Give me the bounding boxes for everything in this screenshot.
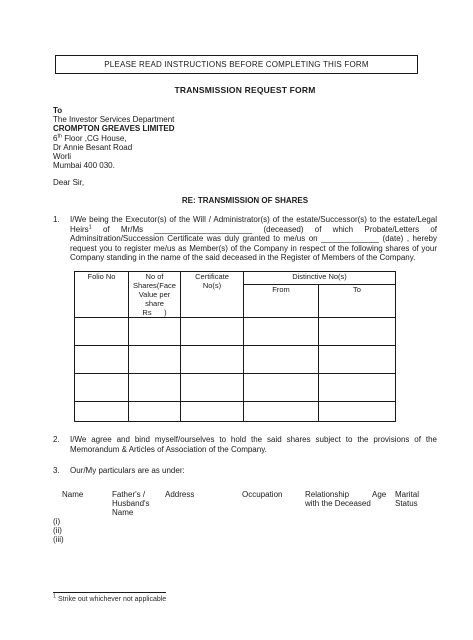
particulars-col-age: Age — [372, 490, 395, 518]
shares-table-empty-row — [75, 374, 396, 402]
shares-col-to-header: To — [319, 284, 396, 317]
item-1: 1. I/We being the Executor(s) of the Wil… — [53, 215, 437, 262]
shares-col-certificate-header: Certificate No(s) — [181, 272, 244, 318]
document-content: PLEASE READ INSTRUCTIONS BEFORE COMPLETI… — [53, 55, 437, 545]
recipient-line-floor: 6th Floor ,CG House, — [53, 134, 437, 143]
particulars-col-father: Father's / Husband's Name — [112, 490, 165, 518]
item-3-text: Our/My particulars are as under: — [70, 466, 437, 475]
empty-cell — [244, 346, 319, 374]
particulars-col-relationship: Relationship with the Deceased — [305, 490, 372, 518]
particulars-col-name: Name — [62, 490, 112, 518]
salutation: Dear Sir, — [53, 178, 437, 187]
shares-col-shares-header: No of Shares(Face Value per share Rs ) — [129, 272, 181, 318]
form-title: TRANSMISSION REQUEST FORM — [53, 85, 437, 95]
item-1-number: 1. — [53, 215, 70, 262]
empty-cell — [75, 402, 129, 422]
instructions-notice-box: PLEASE READ INSTRUCTIONS BEFORE COMPLETI… — [55, 55, 418, 74]
item-3: 3. Our/My particulars are as under: — [53, 466, 437, 475]
empty-cell — [75, 346, 129, 374]
item-1-text: I/We being the Executor(s) of the Will /… — [70, 215, 437, 262]
shares-col-distinctive-header: Distinctive No(s) — [244, 272, 396, 285]
empty-cell — [319, 318, 396, 346]
empty-cell — [244, 374, 319, 402]
shares-col-folio-header: Folio No — [75, 272, 129, 318]
item-2-number: 2. — [53, 435, 70, 454]
empty-cell — [129, 374, 181, 402]
shares-col-from-header: From — [244, 284, 319, 317]
empty-cell — [181, 318, 244, 346]
particulars-col-occupation: Occupation — [242, 490, 305, 518]
particulars-header-row: Name Father's / Husband's Name Address O… — [53, 490, 437, 518]
empty-cell — [181, 402, 244, 422]
to-label: To — [53, 106, 437, 115]
particulars-col-marital: Marital Status — [395, 490, 437, 518]
footnote: 1 Strike out whichever not applicable — [53, 592, 353, 603]
recipient-line-company: CROMPTON GREAVES LIMITED — [53, 124, 437, 133]
empty-cell — [129, 346, 181, 374]
item-3-number: 3. — [53, 466, 70, 475]
shares-table: Folio No No of Shares(Face Value per sha… — [74, 271, 396, 422]
footnote-text: 1 Strike out whichever not applicable — [53, 596, 353, 603]
empty-cell — [319, 402, 396, 422]
recipient-address-block: To The Investor Services Department CROM… — [53, 106, 437, 170]
empty-cell — [181, 374, 244, 402]
footnote-separator-rule — [53, 592, 166, 593]
shares-table-empty-row — [75, 402, 396, 422]
empty-cell — [244, 402, 319, 422]
empty-cell — [129, 402, 181, 422]
footnote-text-body: Strike out whichever not applicable — [56, 596, 166, 603]
recipient-line-road: Dr Annie Besant Road — [53, 143, 437, 152]
particulars-col-address: Address — [165, 490, 242, 518]
recipient-line-city: Mumbai 400 030. — [53, 161, 437, 170]
empty-cell — [319, 374, 396, 402]
empty-cell — [75, 318, 129, 346]
shares-table-empty-row — [75, 346, 396, 374]
empty-cell — [129, 318, 181, 346]
shares-table-header-row: Folio No No of Shares(Face Value per sha… — [75, 272, 396, 285]
instructions-notice-text: PLEASE READ INSTRUCTIONS BEFORE COMPLETI… — [104, 60, 369, 69]
recipient-line-department: The Investor Services Department — [53, 115, 437, 124]
particulars-row-label-i: (i) — [53, 518, 437, 527]
empty-cell — [244, 318, 319, 346]
particulars-row-label-iii: (iii) — [53, 536, 437, 545]
particulars-row-labels: (i) (ii) (iii) — [53, 518, 437, 544]
document-page: PLEASE READ INSTRUCTIONS BEFORE COMPLETI… — [0, 0, 473, 640]
empty-cell — [319, 346, 396, 374]
recipient-line-area: Worli — [53, 152, 437, 161]
item-2-text: I/We agree and bind myself/ourselves to … — [70, 435, 437, 454]
empty-cell — [75, 374, 129, 402]
shares-table-empty-row — [75, 318, 396, 346]
particulars-row-label-ii: (ii) — [53, 527, 437, 536]
item-2: 2. I/We agree and bind myself/ourselves … — [53, 435, 437, 454]
empty-cell — [181, 346, 244, 374]
item-1-text-after-sup: of Mr/Ms ______________________ (decease… — [70, 225, 437, 262]
subject-line: RE: TRANSMISSION OF SHARES — [53, 196, 437, 205]
floor-rest: Floor ,CG House, — [62, 134, 126, 143]
